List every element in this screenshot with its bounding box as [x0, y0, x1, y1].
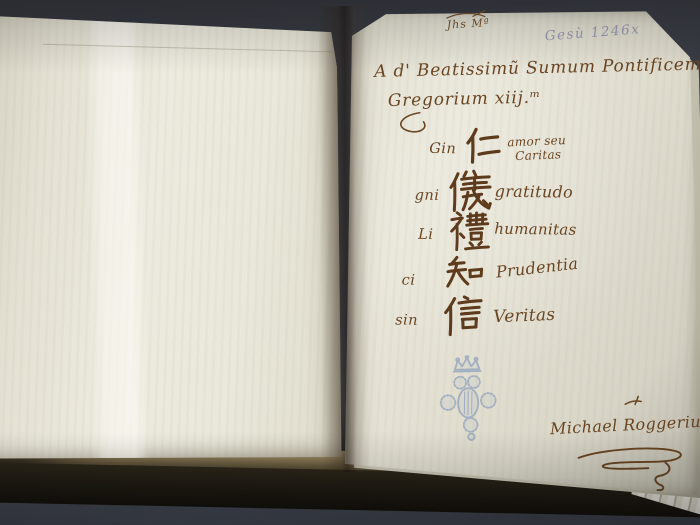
- romanization-label: Gin: [429, 141, 456, 157]
- hanzi-text: 知: [347, 4, 348, 5]
- ihs-monogram: Jhs Mª: [446, 16, 490, 31]
- hanzi-text: 儀: [347, 4, 348, 5]
- hanzi-li-glyph: [446, 209, 493, 254]
- latin-gloss: gratitudo: [495, 182, 574, 202]
- latin-gloss: Veritas: [493, 305, 556, 327]
- signature-name: Michael Roggerius: [550, 411, 700, 438]
- dedication-line-1: A d' Beatissimũ Sumum Pontificem: [374, 54, 700, 81]
- signature-flourish: [573, 443, 690, 496]
- tissue-guard-strip: [84, 8, 150, 461]
- hanzi-text: 禮: [347, 4, 348, 5]
- archive-shelfmark: Gesù 1246x: [544, 21, 641, 44]
- hanzi-xin-glyph: [441, 293, 486, 340]
- romanization-label: Li: [418, 227, 433, 243]
- romanization-label: gni: [415, 188, 440, 204]
- hanzi-text: 仁: [347, 4, 348, 5]
- latin-gloss: Prudentia: [495, 254, 579, 282]
- hanzi-yi-glyph: [446, 168, 493, 215]
- dedication-line-2: Gregorium xiij.ᵐ: [388, 88, 542, 111]
- hanzi-zhi-glyph: [439, 254, 489, 295]
- romanization-label: ci: [402, 273, 416, 289]
- latin-gloss-line2: Caritas: [515, 147, 562, 163]
- hanzi-ren-glyph: [461, 125, 503, 166]
- signature-cross-icon: [624, 395, 642, 408]
- manuscript-photo: Jhs Mª Gesù 1246x A d' Beatissimũ Sumum …: [0, 0, 700, 525]
- crowned-collection-stamp-icon: [436, 355, 501, 452]
- dedication-flourish: [389, 110, 433, 137]
- manuscript-ink-layer: Jhs Mª Gesù 1246x A d' Beatissimũ Sumum …: [341, 4, 700, 500]
- left-blank-page: [0, 5, 344, 463]
- paper-grain: [0, 5, 344, 463]
- latin-gloss: humanitas: [494, 220, 577, 239]
- romanization-label: sin: [395, 312, 418, 328]
- hanzi-text: 信: [347, 4, 348, 5]
